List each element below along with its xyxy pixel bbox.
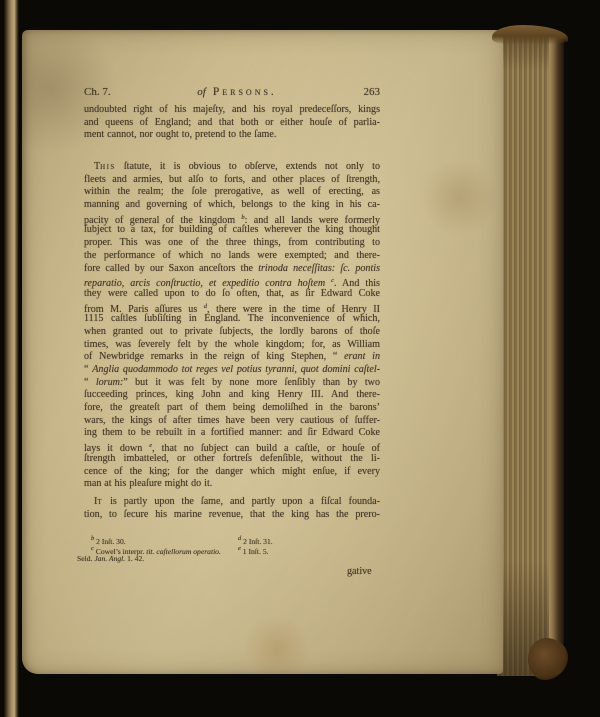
- text-line: wars, the kings of after times have been…: [84, 415, 380, 428]
- facing-page-edge: [4, 0, 19, 717]
- text-line: pacity of general of the kingdom b: and …: [84, 212, 380, 225]
- text-line: and queens of England; and that both or …: [84, 117, 380, 130]
- worn-corner-top: [492, 25, 568, 45]
- running-title-text: Persons.: [213, 86, 277, 98]
- text-line: ing them to be rebuilt in a fortified ma…: [84, 427, 380, 440]
- worn-corner-bottom: [528, 638, 568, 680]
- paragraph-3: It is partly upon the ſame, and partly u…: [84, 496, 380, 521]
- text-line: manning and governing of which, belongs …: [84, 199, 380, 212]
- text-line: This ſtatute, it is obvious to obſerve, …: [84, 161, 380, 174]
- text-line: “ Anglia quodammodo tot reges vel potius…: [84, 364, 380, 377]
- paragraph-2: This ſtatute, it is obvious to obſerve, …: [84, 161, 380, 491]
- text-line: “ lorum:” but it was felt by none more ſ…: [84, 377, 380, 390]
- running-title-of: of: [197, 86, 206, 98]
- text-line: fleets and armies, but alſo to forts, an…: [84, 174, 380, 187]
- footnote-column-left: b 2 Inſt. 30.c Cowel’s interpr. tit. caſ…: [84, 534, 234, 564]
- text-line: man at his pleaſure might do it.: [84, 478, 380, 491]
- footnote-line: b 2 Inſt. 30.: [84, 534, 234, 544]
- text-line: from M. Paris aſſures us d, there were i…: [84, 301, 380, 314]
- text-line: ſucceeding princes, king John and king H…: [84, 389, 380, 402]
- text-line: they were called upon to do ſo often, th…: [84, 288, 380, 301]
- running-title: ofPersons.: [111, 86, 364, 98]
- page-number: 263: [364, 86, 381, 98]
- text-line: within the realm; the ſole prerogative, …: [84, 186, 380, 199]
- footnote-column-right: d 2 Inſt. 31.e 1 Inſt. 5.: [238, 534, 378, 554]
- text-line: fore, the greateſt part of them being de…: [84, 402, 380, 415]
- text-line: fore called by our Saxon anceſtors the t…: [84, 263, 380, 276]
- text-line: lays it down e, that no ſubject can buil…: [84, 440, 380, 453]
- text-line: ſtrength imbatteled, or other fortreſs d…: [84, 453, 380, 466]
- text-line: It is partly upon the ſame, and partly u…: [84, 496, 380, 509]
- footnote-line: e 1 Inſt. 5.: [238, 544, 378, 554]
- text-line: undoubted right of his majeſty, and his …: [84, 104, 380, 117]
- fore-edge-page-stack: [497, 32, 549, 676]
- text-line: 1115 caſtles ſubſiſting in England. The …: [84, 313, 380, 326]
- text-line: proper. This was one of the three things…: [84, 237, 380, 250]
- text-line: ſubject to a tax, for building of caſtle…: [84, 224, 380, 237]
- chapter-label: Ch. 7.: [84, 86, 111, 98]
- text-line: tion, to ſecure his marine revenue, that…: [84, 509, 380, 522]
- catchword: gative: [347, 566, 372, 577]
- paragraph-1: undoubted right of his majeſty, and his …: [84, 104, 380, 142]
- book-cover-edge: [547, 34, 564, 674]
- footnote-line: d 2 Inſt. 31.: [238, 534, 378, 544]
- text-line: reparatio, arcis conſtructio, et expedit…: [84, 275, 380, 288]
- text-line: of Newbridge remarks in the reign of kin…: [84, 351, 380, 364]
- text-line: the performance of which no lands were e…: [84, 250, 380, 263]
- page-content: Ch. 7. ofPersons. 263 undoubted right of…: [84, 30, 380, 674]
- text-line: ment cannot, nor ought to, pretend to th…: [84, 129, 380, 142]
- footnote-line: c Cowel’s interpr. tit. caſtellorum oper…: [84, 544, 234, 554]
- running-head: Ch. 7. ofPersons. 263: [84, 86, 380, 98]
- text-line: times, was ſeverely felt by the whole ki…: [84, 339, 380, 352]
- book-page: Ch. 7. ofPersons. 263 undoubted right of…: [22, 30, 503, 674]
- text-line: when granted out to private ſubjects, th…: [84, 326, 380, 339]
- text-line: cence of the king; for the danger which …: [84, 466, 380, 479]
